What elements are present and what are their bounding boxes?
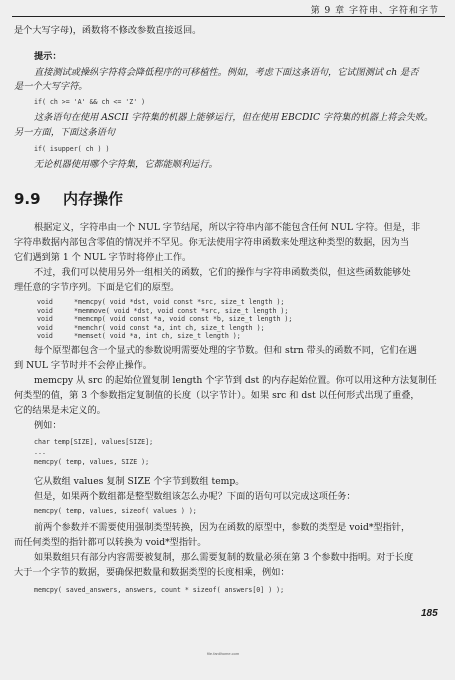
code-line: memcpy( temp, values, SIZE ); [34, 458, 149, 467]
tip-line: 直接测试或操纵字符将会降低程序的可移植性。例如，考虑下面这条语句，它试图测试 c… [34, 66, 418, 79]
tip-line: 是一个大写字符。 [14, 80, 88, 93]
code-line: char temp[SIZE], values[SIZE]; [34, 438, 153, 447]
running-header: 第 9 章 字符串、字符和字节 [12, 0, 445, 17]
prototype-row: void*memcmp( void const *a, void const *… [37, 315, 292, 324]
tip-line: 这条语句在使用 ASCII 字符集的机器上能够运行，但在使用 EBCDIC 字符… [34, 111, 433, 124]
code-line: if( ch >= 'A' && ch <= 'Z' ) [34, 98, 145, 107]
paragraph-line: 何类型的值，第 3 个参数指定复制值的长度（以字节计）。如果 src 和 dst… [14, 389, 420, 402]
prototype-row: void*memcpy( void *dst, void const *src,… [37, 298, 292, 307]
paragraph-line: 理任意的字节序列。下面是它们的原型。 [14, 281, 179, 294]
chapter-title: 第 9 章 字符串、字符和字节 [311, 3, 439, 16]
code-line: memcpy( temp, values, sizeof( values ) )… [34, 507, 197, 516]
section-heading: 9.9 内存操作 [14, 188, 123, 209]
prototype-list: void*memcpy( void *dst, void const *src,… [37, 298, 292, 341]
paragraph-line: 它从数组 values 复制 SIZE 个字节到数组 temp。 [34, 475, 244, 488]
top-line: 是个大写字母)，函数将不修改参数直接返回。 [14, 24, 201, 37]
paragraph-line: 前两个参数并不需要使用强制类型转换，因为在函数的原型中，参数的类型是 void*… [34, 521, 410, 534]
footer-watermark: file.fanilhome.com [207, 651, 239, 656]
paragraph-line: 它的结果是未定义的。 [14, 404, 106, 417]
paragraph-line: 到 NUL 字节时并不会停止操作。 [14, 359, 152, 372]
prototype-row: void*memchr( void const *a, int ch, size… [37, 324, 292, 333]
tip-line: 另一方面，下面这条语句 [14, 126, 115, 139]
paragraph-line: 不过，我们可以使用另外一组相关的函数，它们的操作与字符串函数类似，但这些函数能够… [34, 266, 411, 279]
paragraph-line: 如果数组只有部分内容需要被复制，那么需要复制的数量必须在第 3 个参数中指明。对… [34, 551, 413, 564]
paragraph-line: 根据定义，字符串由一个 NUL 字节结尾，所以字符串内部不能包含任何 NUL 字… [34, 221, 420, 234]
paragraph-line: 每个原型都包含一个显式的参数说明需要处理的字节数。但和 strn 带头的函数不同… [34, 344, 417, 357]
section-title: 内存操作 [63, 190, 123, 208]
paragraph-line: 但是，如果两个数组都是整型数组该怎么办呢？下面的语句可以完成这项任务： [34, 490, 356, 503]
paragraph-line: memcpy 从 src 的起始位置复制 length 个字节到 dst 的内存… [34, 374, 437, 387]
tip-title: 提示： [34, 50, 62, 63]
tip-line: 无论机器使用哪个字符集，它都能顺利运行。 [34, 158, 218, 171]
paragraph-line: 字符串数据内部包含零值的情况并不罕见。你无法使用字符串函数来处理这种类型的数据，… [14, 236, 409, 249]
section-number: 9.9 [14, 190, 41, 208]
paragraph-line: 大于一个字节的数据，要确保把数量和数据类型的长度相乘，例如： [14, 566, 290, 579]
code-line: memcpy( saved_answers, answers, count * … [34, 586, 284, 595]
page-number: 185 [421, 608, 438, 619]
code-line: ... [34, 448, 46, 457]
prototype-row: void*memmove( void *dst, void const *src… [37, 307, 292, 316]
example-label: 例如： [34, 419, 62, 432]
paragraph-line: 而任何类型的指针都可以转换为 void*型指针。 [14, 536, 206, 549]
code-line: if( isupper( ch ) ) [34, 145, 109, 154]
prototype-row: void*memset( void *a, int ch, size_t len… [37, 332, 292, 341]
paragraph-line: 它们遇到第 1 个 NUL 字节时将停止工作。 [14, 251, 191, 264]
